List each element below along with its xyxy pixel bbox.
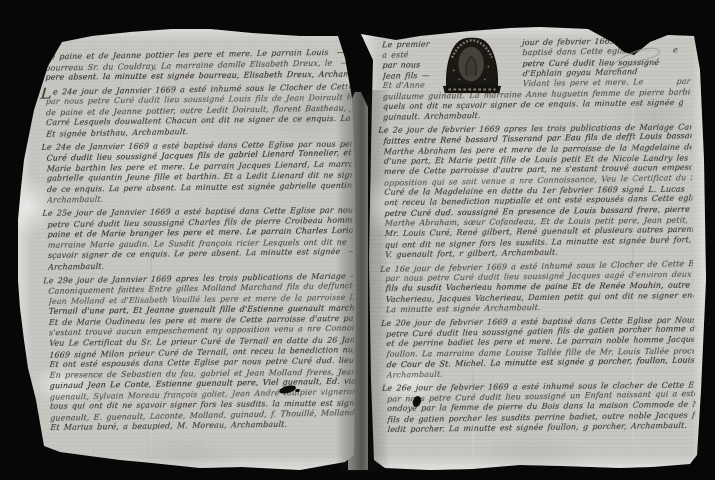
fiscal-stamp xyxy=(438,34,506,94)
pencil-scribble xyxy=(602,39,669,81)
handwritten-line: pere absent. la minutte est signée bourr… xyxy=(45,70,351,84)
manuscript-scan: de paine et de Jeanne pottier les pere e… xyxy=(0,0,715,480)
left-page-text: de paine et de Jeanne pottier les pere e… xyxy=(45,48,355,434)
right-page-text: Le premierjour de febvrier 1669a estébap… xyxy=(382,36,695,436)
right-page: Le premierjour de febvrier 1669a estébap… xyxy=(358,26,706,472)
left-page: de paine et de Jeanne pottier les pere e… xyxy=(12,28,358,474)
